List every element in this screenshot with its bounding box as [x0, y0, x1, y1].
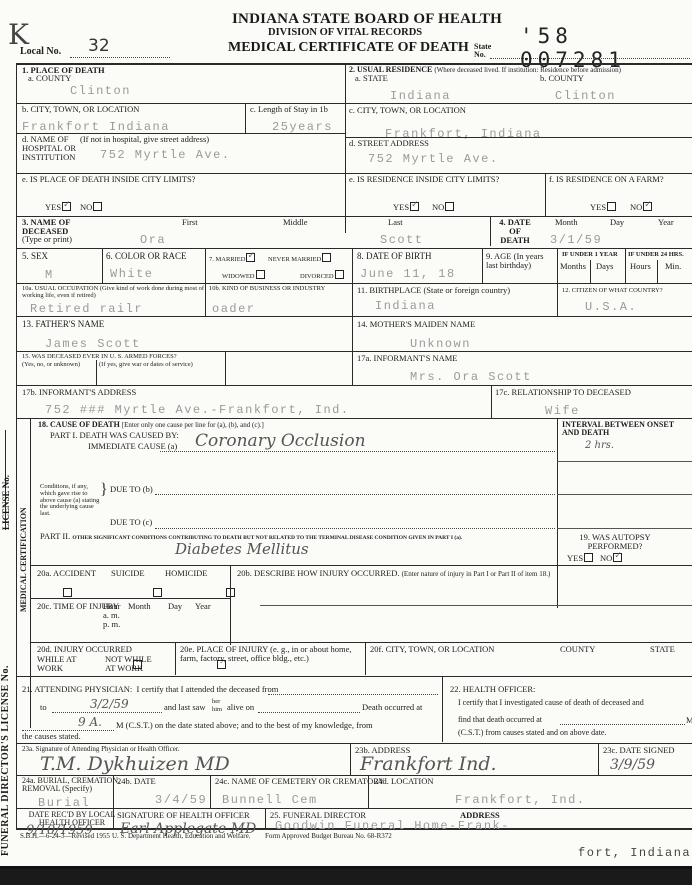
birth-value: June 11, 18 [360, 267, 456, 281]
days-label: Days [596, 262, 613, 271]
informant-name-value: Mrs. Ora Scott [410, 370, 532, 384]
birth-label: 8. DATE OF BIRTH [357, 252, 431, 261]
burial-type-label: 24a. BURIAL, CREMATION, REMOVAL (Specify… [22, 777, 122, 794]
accident-checkbox[interactable] [63, 588, 72, 597]
physician-statement-1: 21. ATTENDING PHYSICIAN: I certify that … [22, 685, 278, 694]
alive-text: alive on [227, 703, 254, 712]
first-name-value: Ora [140, 233, 166, 247]
sex-value: M [45, 268, 54, 282]
checkbox-yes [62, 202, 71, 211]
burial-date-value: 3/4/59 [155, 793, 207, 807]
hours-label: Hours [630, 262, 651, 271]
res-state-value: Indiana [390, 89, 451, 103]
death-occurred-text: Death occurred at [362, 703, 422, 712]
not-while-at-work-option[interactable]: NOT WHILE AT WORK [105, 655, 160, 673]
mother-value: Unknown [410, 337, 471, 351]
physician-signature: T.M. Dykhuizen MD [40, 753, 230, 775]
interval-label: INTERVAL BETWEEN ONSET AND DEATH [562, 421, 692, 438]
injury-occurred-label: 20d. INJURY OCCURRED [37, 645, 132, 654]
burial-location-label: 24d. LOCATION [374, 777, 434, 786]
autopsy-no[interactable]: NO [600, 553, 622, 563]
never-married-option[interactable]: NEVER MARRIED [268, 253, 331, 264]
relationship-value: Wife [545, 404, 580, 418]
injury-state-label: STATE [650, 645, 675, 654]
health-officer-find: find that death occurred at [458, 716, 542, 724]
widowed-option[interactable]: WIDOWED [222, 270, 265, 281]
hospital-value: 752 Myrtle Ave. [100, 148, 231, 162]
while-at-work-option[interactable]: WHILE AT WORK [37, 655, 82, 673]
funeral-director-value: Goodwin Funeral Home-Frank- [275, 819, 510, 833]
father-value: James Scott [45, 337, 141, 351]
autopsy-yes[interactable]: YES [567, 553, 593, 563]
conditions-note: Conditions, if any, which gave rise to a… [40, 484, 100, 518]
county-label: a. COUNTY [28, 74, 71, 83]
him-label: him [212, 707, 222, 714]
citizen-label: 12. CITIZEN OF WHAT COUNTRY? [562, 288, 663, 295]
officer-signature-label: SIGNATURE OF HEALTH OFFICER [117, 811, 250, 820]
place-city-limits-no[interactable]: NO [80, 202, 102, 212]
sex-label: 5. SEX [22, 252, 48, 261]
physician-m-text: M (C.S.T.) on the date stated above; and… [116, 721, 373, 730]
due-to-c-label: DUE TO (c) [110, 518, 152, 527]
res-city-limits-no[interactable]: NO [432, 202, 454, 212]
part1-label: PART I. DEATH WAS CAUSED BY: [50, 431, 179, 440]
causes-stated-text: the causes stated. [22, 732, 81, 741]
funeral-director-value-cont: fort, Indiana [578, 846, 691, 860]
citizen-value: U.S.A. [585, 300, 637, 314]
suicide-label: SUICIDE [111, 569, 145, 578]
length-of-stay-label: c. Length of Stay in 1b [250, 105, 328, 114]
res-county-value: Clinton [555, 89, 616, 103]
under-1-year-label: IF UNDER 1 YEAR [562, 252, 618, 259]
autopsy-label: 19. WAS AUTOPSY PERFORMED? [565, 533, 665, 551]
checkbox-no [93, 202, 102, 211]
scan-edge [0, 869, 692, 885]
local-no-label: Local No. [20, 47, 61, 58]
farm-label: f. IS RESIDENCE ON A FARM? [549, 175, 664, 184]
farm-no[interactable]: NO [630, 202, 652, 212]
occupation-value: Retired railr [30, 302, 143, 316]
business-value: oader [212, 302, 256, 316]
immediate-cause-label: IMMEDIATE CAUSE (a) [88, 442, 177, 451]
city-value: Frankfort Indiana [22, 120, 170, 134]
brace-icon: } [100, 482, 108, 499]
health-officer-m: M [686, 716, 692, 725]
physician-to-label: to [40, 703, 47, 712]
budget-text: Form Approved Budget Bureau No. 68-R372 [265, 833, 392, 840]
part2-value: Diabetes Mellitus [175, 540, 309, 558]
injury-county-label: COUNTY [560, 645, 595, 654]
interval-value: 2 hrs. [585, 440, 614, 451]
month-label: Month [555, 218, 578, 227]
cause-label: 18. CAUSE OF DEATH [Enter only one cause… [38, 421, 264, 429]
cemetery-label: 24c. NAME OF CEMETERY OR CREMATORY [215, 777, 385, 786]
date-of-death-value: 3/1/59 [550, 233, 602, 247]
city-label: b. CITY, TOWN, OR LOCATION [22, 105, 139, 114]
division-title: DIVISION OF VITAL RECORDS [268, 27, 422, 38]
married-option[interactable]: 7. MARRIED [209, 253, 255, 264]
farm-yes[interactable]: YES [590, 202, 616, 212]
birthplace-value: Indiana [375, 299, 436, 313]
informant-name-label: 17a. INFORMANT'S NAME [357, 354, 457, 363]
informant-address-value: 752 ### Myrtle Ave.-Frankfort, Ind. [45, 403, 350, 417]
signature-address-value: Frankfort Ind. [360, 753, 497, 775]
immediate-cause-value: Coronary Occlusion [195, 431, 366, 451]
describe-injury-label: 20b. DESCRIBE HOW INJURY OCCURRED. (Ente… [237, 569, 550, 578]
place-of-injury-label: 20e. PLACE OF INJURY (e. g., in or about… [180, 645, 360, 663]
physician-to-value: 3/2/59 [90, 697, 129, 711]
no-label: No. [474, 51, 486, 59]
homicide-label: HOMICIDE [165, 569, 208, 578]
first-label: First [182, 218, 198, 227]
res-street-value: 752 Myrtle Ave. [368, 152, 499, 166]
place-city-limits-yes[interactable]: YES [45, 202, 71, 212]
accident-label: 20a. ACCIDENT [37, 569, 96, 578]
birthplace-label: 11. BIRTHPLACE (State or foreign country… [357, 286, 510, 295]
under-24-hrs-label: IF UNDER 24 HRS. [628, 252, 684, 259]
date-signed-value: 3/9/59 [610, 757, 655, 773]
armed-forces-label: 15. WAS DECEASED EVER IN U. S. ARMED FOR… [22, 354, 177, 361]
injury-city-label: 20f. CITY, TOWN, OR LOCATION [370, 645, 494, 654]
health-officer-label: 22. HEALTH OFFICER: [450, 685, 535, 694]
health-officer-cst: (C.S.T.) from causes stated and on above… [458, 729, 606, 737]
day-label: Day [610, 218, 624, 227]
county-value: Clinton [70, 84, 131, 98]
burial-date-label: 24b. DATE [117, 777, 156, 786]
informant-address-label: 17b. INFORMANT'S ADDRESS [22, 388, 136, 397]
last-saw-text: and last saw [164, 703, 206, 712]
armed-forces-note-1: (Yes, no, or unknown) [22, 362, 80, 369]
occupation-label: 10a. USUAL OCCUPATION (Give kind of work… [22, 286, 207, 300]
business-label: 10b. KIND OF BUSINESS OR INDUSTRY [209, 286, 325, 293]
funeral-director-license-label: FUNERAL DIRECTOR'S LICENSE No. [0, 665, 11, 856]
min-label: Min. [665, 262, 681, 271]
local-no-value: 32 [88, 36, 110, 56]
hospital-note: (If not in hospital, give street address… [80, 135, 209, 144]
res-city-limits-yes[interactable]: YES [393, 202, 419, 212]
length-of-stay-value: 25years [272, 120, 333, 134]
relationship-label: 17c. RELATIONSHIP TO DECEASED [495, 388, 631, 397]
res-city-limits-label: e. IS RESIDENCE INSIDE CITY LIMITS? [349, 175, 499, 184]
date-signed-label: 23c. DATE SIGNED [603, 746, 675, 755]
injury-month-label: Month [128, 602, 151, 611]
physician-time-value: 9 A. [78, 715, 102, 729]
date-of-death-label: 4. DATE OF DEATH [495, 218, 535, 245]
months-label: Months [560, 262, 586, 271]
license-label: LICENSE No. [1, 475, 11, 530]
armed-forces-note-2: (If yes, give war or dates of service) [99, 362, 193, 369]
age-label: 9. AGE (In years last birthday) [486, 252, 556, 270]
burial-location-value: Frankfort, Ind. [455, 793, 586, 807]
board-title: INDIANA STATE BOARD OF HEALTH [232, 11, 502, 28]
due-to-b-label: DUE TO (b) [110, 485, 153, 494]
injury-year-label: Year [195, 602, 211, 611]
her-label: her [212, 699, 220, 706]
res-street-label: d. STREET ADDRESS [349, 139, 429, 148]
injury-day-label: Day [168, 602, 182, 611]
res-state-label: a. STATE [355, 74, 388, 83]
dept-text: U. S. Department Health, Education and W… [112, 833, 250, 840]
form-title: MEDICAL CERTIFICATE OF DEATH [228, 40, 469, 56]
last-label: Last [388, 218, 403, 227]
divorced-option[interactable]: DIVORCED [300, 270, 344, 281]
last-name-value: Scott [380, 233, 424, 247]
pm-label: p. m. [103, 620, 120, 629]
res-county-label: b. COUNTY [540, 74, 584, 83]
medical-certification-label: MEDICAL CERTIFICATION [19, 507, 28, 612]
race-label: 6. COLOR OR RACE [106, 252, 187, 261]
health-officer-certify: I certify that I investigated cause of d… [458, 699, 644, 707]
cemetery-value: Bunnell Cem [222, 793, 318, 807]
form-id: S.B.H.—6-24-3—Revised 1955 [20, 833, 110, 840]
mother-label: 14. MOTHER'S MAIDEN NAME [357, 320, 475, 329]
deceased-name-note: (Type or print) [22, 235, 72, 244]
year-label: Year [658, 218, 674, 227]
res-city-label: c. CITY, TOWN, OR LOCATION [349, 106, 466, 115]
father-label: 13. FATHER'S NAME [22, 320, 104, 329]
race-value: White [110, 267, 154, 281]
place-city-limits-label: e. IS PLACE OF DEATH INSIDE CITY LIMITS? [22, 175, 195, 184]
suicide-checkbox[interactable] [153, 588, 162, 597]
middle-label: Middle [283, 218, 308, 227]
